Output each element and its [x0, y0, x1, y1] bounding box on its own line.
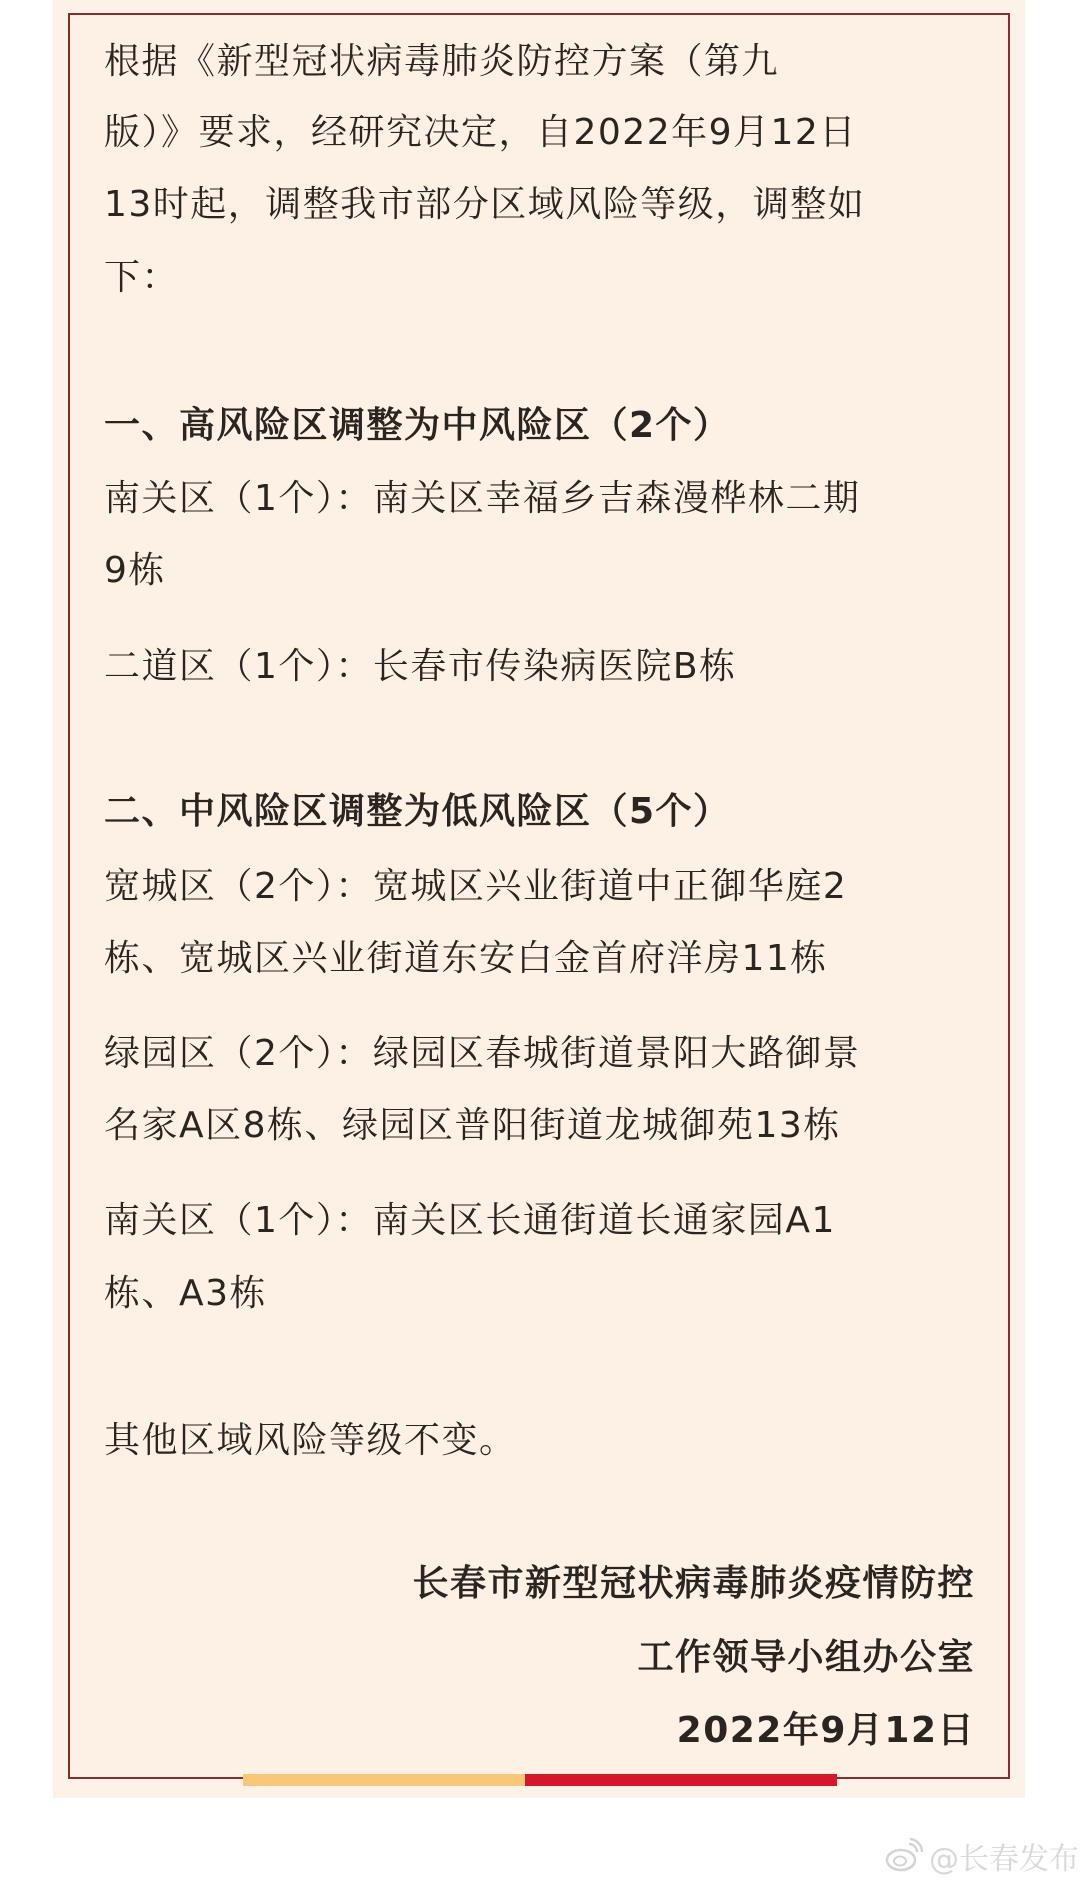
section2-item3-line1: 南关区（1个）：南关区长通街道长通家园A1	[104, 1185, 976, 1257]
section2-item1-line2: 栋、宽城区兴业街道东安白金首府洋房11栋	[104, 923, 976, 995]
section2-item2-line1: 绿园区（2个）：绿园区春城街道景阳大路御景	[104, 1018, 976, 1090]
section1-item2-line1: 二道区（1个）：长春市传染病医院B栋	[104, 631, 976, 703]
watermark: @长春发布	[885, 1836, 1079, 1876]
section2-item2-line2: 名家A区8栋、绿园区普阳街道龙城御苑13栋	[104, 1090, 976, 1162]
section1-item1-line2: 9栋	[104, 535, 976, 607]
section1-item1-line1: 南关区（1个）：南关区幸福乡吉森漫桦林二期	[104, 463, 976, 535]
intro-line-1: 根据《新型冠状病毒肺炎防控方案（第九	[104, 26, 976, 98]
closing-text: 其他区域风险等级不变。	[104, 1405, 976, 1477]
intro-line-2: 版）》要求，经研究决定，自2022年9月12日	[104, 97, 976, 169]
section2-item1-line1: 宽城区（2个）：宽城区兴业街道中正御华庭2	[104, 851, 976, 923]
section2-item3-line2: 栋、A3栋	[104, 1258, 976, 1330]
signature-date: 2022年9月12日	[104, 1695, 975, 1767]
decor-bar-orange	[243, 1774, 525, 1786]
signature-org-line1: 长春市新型冠状病毒肺炎疫情防控	[104, 1548, 975, 1620]
section1-heading: 一、高风险区调整为中风险区（2个）	[104, 390, 976, 462]
weibo-icon	[885, 1838, 923, 1874]
decor-bar-red	[525, 1774, 837, 1786]
section2-heading: 二、中风险区调整为低风险区（5个）	[104, 776, 976, 848]
watermark-text: @长春发布	[929, 1834, 1079, 1878]
signature-org-line2: 工作领导小组办公室	[104, 1622, 975, 1694]
intro-line-3: 13时起，调整我市部分区域风险等级，调整如	[104, 169, 976, 241]
intro-line-4: 下：	[104, 242, 976, 314]
